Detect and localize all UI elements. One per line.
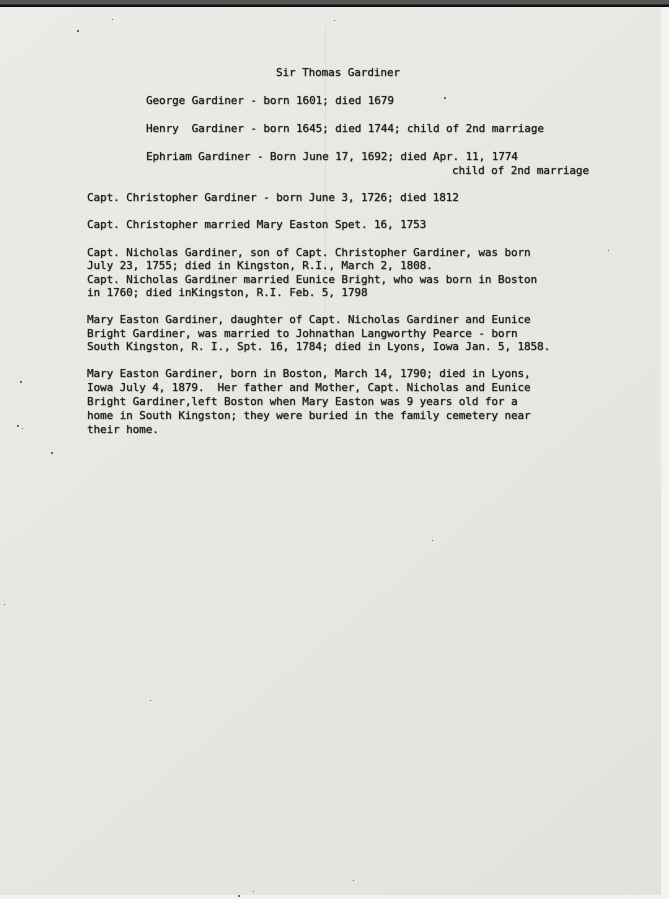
scan-edge-right-strip	[661, 7, 669, 899]
paper-speck	[20, 381, 22, 383]
text-line: Capt. Christopher Gardiner - born June 3…	[87, 191, 459, 205]
scan-edge-top-strip	[0, 0, 669, 7]
text-line: home in South Kingston; they were buried…	[87, 409, 531, 423]
paper-speck	[334, 20, 335, 21]
text-line: Capt. Nicholas Gardiner, son of Capt. Ch…	[87, 246, 531, 260]
text-line: Iowa July 4, 1879. Her father and Mother…	[87, 381, 531, 395]
paper-speck	[432, 540, 433, 541]
text-line: Henry Gardiner - born 1645; died 1744; c…	[146, 122, 544, 136]
paper-speck	[353, 880, 354, 881]
paper-speck	[253, 891, 254, 892]
text-line: Mary Easton Gardiner, daughter of Capt. …	[87, 313, 531, 327]
page-title: Sir Thomas Gardiner	[276, 66, 400, 80]
text-line: Capt. Christopher married Mary Easton Sp…	[87, 218, 426, 232]
paper-speck	[51, 452, 53, 454]
text-line: Bright Gardiner,left Boston when Mary Ea…	[87, 395, 518, 409]
paper-speck	[444, 97, 446, 99]
text-line: Bright Gardiner, was married to Johnatha…	[87, 327, 518, 341]
paper-speck	[4, 604, 5, 605]
text-line: South Kingston, R. I., Spt. 16, 1784; di…	[87, 340, 550, 354]
text-line: Ephriam Gardiner - Born June 17, 1692; d…	[146, 150, 518, 164]
text-line: July 23, 1755; died in Kingston, R.I., M…	[87, 259, 433, 273]
paper-speck	[17, 425, 19, 427]
paper-speck	[112, 19, 113, 20]
paper-speck	[77, 30, 79, 32]
scanned-page: Sir Thomas GardinerGeorge Gardiner - bor…	[0, 0, 669, 899]
paper-speck	[608, 250, 609, 251]
text-line: child of 2nd marriage	[452, 164, 589, 178]
scan-edge-bottom-strip	[0, 895, 661, 899]
paper-speck	[150, 700, 151, 701]
text-line: Capt. Nicholas Gardiner married Eunice B…	[87, 273, 537, 287]
text-line: George Gardiner - born 1601; died 1679	[146, 94, 394, 108]
text-line: in 1760; died inKingston, R.I. Feb. 5, 1…	[87, 286, 367, 300]
paper-speck	[238, 895, 240, 897]
paper-speck	[22, 428, 23, 429]
text-line: their home.	[87, 423, 159, 437]
text-line: Mary Easton Gardiner, born in Boston, Ma…	[87, 367, 531, 381]
